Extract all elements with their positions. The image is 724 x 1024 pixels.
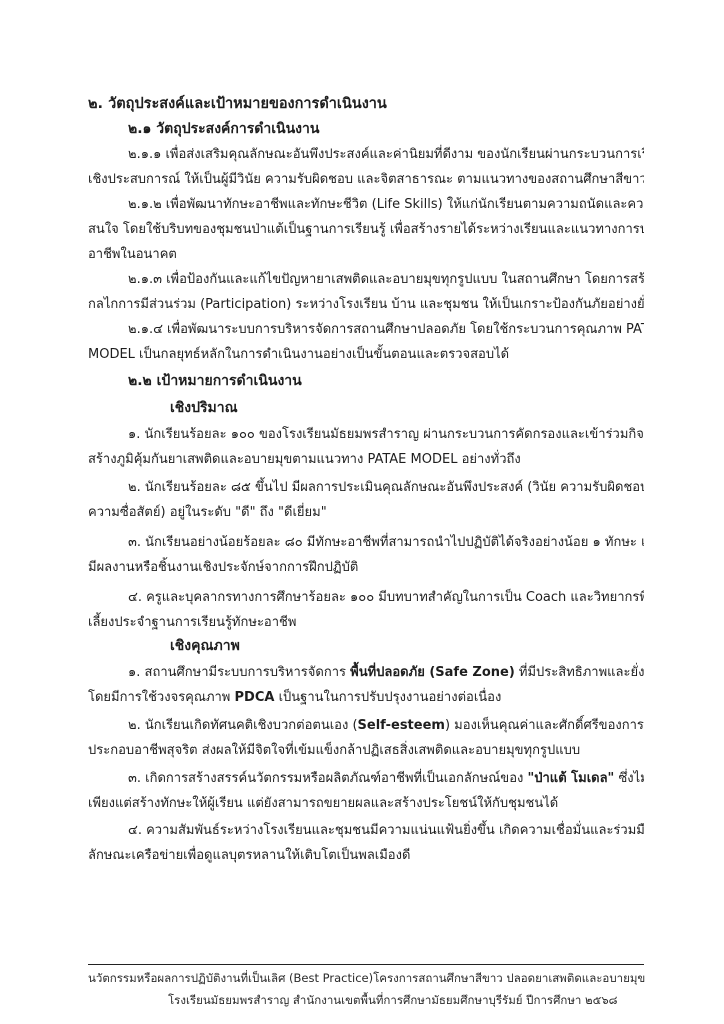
objective-item: ๒.๑.๒ เพื่อพัฒนาทักษะอาชีพและทักษะชีวิต …	[88, 192, 644, 267]
footer-line-2: โรงเรียนมัธยมพรสำราญ สำนักงานเขตพื้นที่ก…	[88, 992, 644, 1010]
target-line: ๒. นักเรียนเกิดทัศนคติเชิงบวกต่อตนเอง (S…	[88, 713, 644, 738]
text-segment: ) มองเห็นคุณค่าและศักดิ์ศรีของการ	[445, 718, 644, 733]
objective-item: ๒.๑.๔ เพื่อพัฒนาระบบการบริหารจัดการสถานศ…	[88, 317, 644, 367]
pdca-emphasis: PDCA	[235, 690, 275, 705]
target-line: สร้างภูมิคุ้มกันยาเสพติดและอบายมุขตามแนว…	[88, 447, 644, 472]
target-line: ๓. เกิดการสร้างสรรค์นวัตกรรมหรือผลิตภัณฑ…	[88, 766, 644, 791]
objective-line: เชิงประสบการณ์ ให้เป็นผู้มีวินัย ความรับ…	[88, 167, 644, 192]
footer-line-1: นวัตกรรมหรือผลการปฏิบัติงานที่เป็นเลิศ (…	[88, 970, 644, 988]
qualitative-item: ๒. นักเรียนเกิดทัศนคติเชิงบวกต่อตนเอง (S…	[88, 713, 644, 763]
target-line: ๒. นักเรียนร้อยละ ๘๕ ขึ้นไป มีผลการประเม…	[88, 475, 644, 500]
target-line: โดยมีการใช้วงจรคุณภาพ PDCA เป็นฐานในการป…	[88, 685, 644, 710]
qualitative-item: ๔. ความสัมพันธ์ระหว่างโรงเรียนและชุมชนมี…	[88, 818, 644, 868]
objective-line: ๒.๑.๔ เพื่อพัฒนาระบบการบริหารจัดการสถานศ…	[88, 317, 644, 342]
objective-line: MODEL เป็นกลยุทธ์หลักในการดำเนินงานอย่าง…	[88, 342, 644, 367]
quantitative-heading: เชิงปริมาณ	[170, 397, 238, 419]
text-segment: ๓. เกิดการสร้างสรรค์นวัตกรรมหรือผลิตภัณฑ…	[128, 771, 527, 786]
objective-line: อาชีพในอนาคต	[88, 242, 644, 267]
target-line: ๑. นักเรียนร้อยละ ๑๐๐ ของโรงเรียนมัธยมพร…	[88, 422, 644, 447]
footer-divider	[88, 964, 644, 965]
objective-item: ๒.๑.๑ เพื่อส่งเสริมคุณลักษณะอันพึงประสงค…	[88, 142, 644, 192]
target-line: ประกอบอาชีพสุจริต ส่งผลให้มีจิตใจที่เข้ม…	[88, 738, 644, 763]
document-page: ๒. วัตถุประสงค์และเป้าหมายของการดำเนินงา…	[0, 0, 724, 1024]
objective-line: ๒.๑.๓ เพื่อป้องกันและแก้ไขปัญหายาเสพติดแ…	[88, 267, 644, 292]
objective-line: กลไกการมีส่วนร่วม (Participation) ระหว่า…	[88, 292, 644, 317]
target-line: ๔. ความสัมพันธ์ระหว่างโรงเรียนและชุมชนมี…	[88, 818, 644, 843]
target-line: ความซื่อสัตย์) อยู่ในระดับ "ดี" ถึง "ดีเ…	[88, 500, 644, 525]
quantitative-item: ๔. ครูและบุคลากรทางการศึกษาร้อยละ ๑๐๐ มี…	[88, 585, 644, 635]
target-line: มีผลงานหรือชิ้นงานเชิงประจักษ์จากการฝึกป…	[88, 555, 644, 580]
text-segment: ซึ่งไม่	[614, 771, 644, 786]
objective-line: ๒.๑.๒ เพื่อพัฒนาทักษะอาชีพและทักษะชีวิต …	[88, 192, 644, 217]
self-esteem-emphasis: Self-esteem	[358, 718, 445, 733]
qualitative-item: ๓. เกิดการสร้างสรรค์นวัตกรรมหรือผลิตภัณฑ…	[88, 766, 644, 816]
text-segment: ๒. นักเรียนเกิดทัศนคติเชิงบวกต่อตนเอง (	[128, 718, 358, 733]
text-segment: โดยมีการใช้วงจรคุณภาพ	[88, 690, 235, 705]
patae-model-emphasis: "ป่าแต้ โมเดล"	[527, 771, 614, 786]
target-line: เลี้ยงประจำฐานการเรียนรู้ทักษะอาชีพ	[88, 610, 644, 635]
quantitative-item: ๓. นักเรียนอย่างน้อยร้อยละ ๘๐ มีทักษะอาช…	[88, 530, 644, 580]
quantitative-item: ๑. นักเรียนร้อยละ ๑๐๐ ของโรงเรียนมัธยมพร…	[88, 422, 644, 472]
section-heading: ๒. วัตถุประสงค์และเป้าหมายของการดำเนินงา…	[88, 92, 387, 115]
text-segment: ๑. สถานศึกษามีระบบการบริหารจัดการ	[128, 665, 350, 680]
target-line: เพียงแต่สร้างทักษะให้ผู้เรียน แต่ยังสามา…	[88, 791, 644, 816]
target-line: ๑. สถานศึกษามีระบบการบริหารจัดการ พื้นที…	[88, 660, 644, 685]
target-line: ๔. ครูและบุคลากรทางการศึกษาร้อยละ ๑๐๐ มี…	[88, 585, 644, 610]
target-line: ๓. นักเรียนอย่างน้อยร้อยละ ๘๐ มีทักษะอาช…	[88, 530, 644, 555]
objective-item: ๒.๑.๓ เพื่อป้องกันและแก้ไขปัญหายาเสพติดแ…	[88, 267, 644, 317]
quantitative-item: ๒. นักเรียนร้อยละ ๘๕ ขึ้นไป มีผลการประเม…	[88, 475, 644, 525]
text-segment: เป็นฐานในการปรับปรุงงานอย่างต่อเนื่อง	[274, 690, 501, 705]
objective-line: ๒.๑.๑ เพื่อส่งเสริมคุณลักษณะอันพึงประสงค…	[88, 142, 644, 167]
target-line: ลักษณะเครือข่ายเพื่อดูแลบุตรหลานให้เติบโ…	[88, 843, 644, 868]
targets-heading: ๒.๒ เป้าหมายการดำเนินงาน	[128, 370, 302, 392]
qualitative-heading: เชิงคุณภาพ	[170, 635, 240, 657]
text-segment: ที่มีประสิทธิภาพและยั่งยืน	[515, 665, 644, 680]
objectives-heading: ๒.๑ วัตถุประสงค์การดำเนินงาน	[128, 118, 319, 140]
safe-zone-emphasis: พื้นที่ปลอดภัย (Safe Zone)	[350, 665, 515, 680]
objective-line: สนใจ โดยใช้บริบทของชุมชนป่าแต้เป็นฐานการ…	[88, 217, 644, 242]
qualitative-item: ๑. สถานศึกษามีระบบการบริหารจัดการ พื้นที…	[88, 660, 644, 710]
